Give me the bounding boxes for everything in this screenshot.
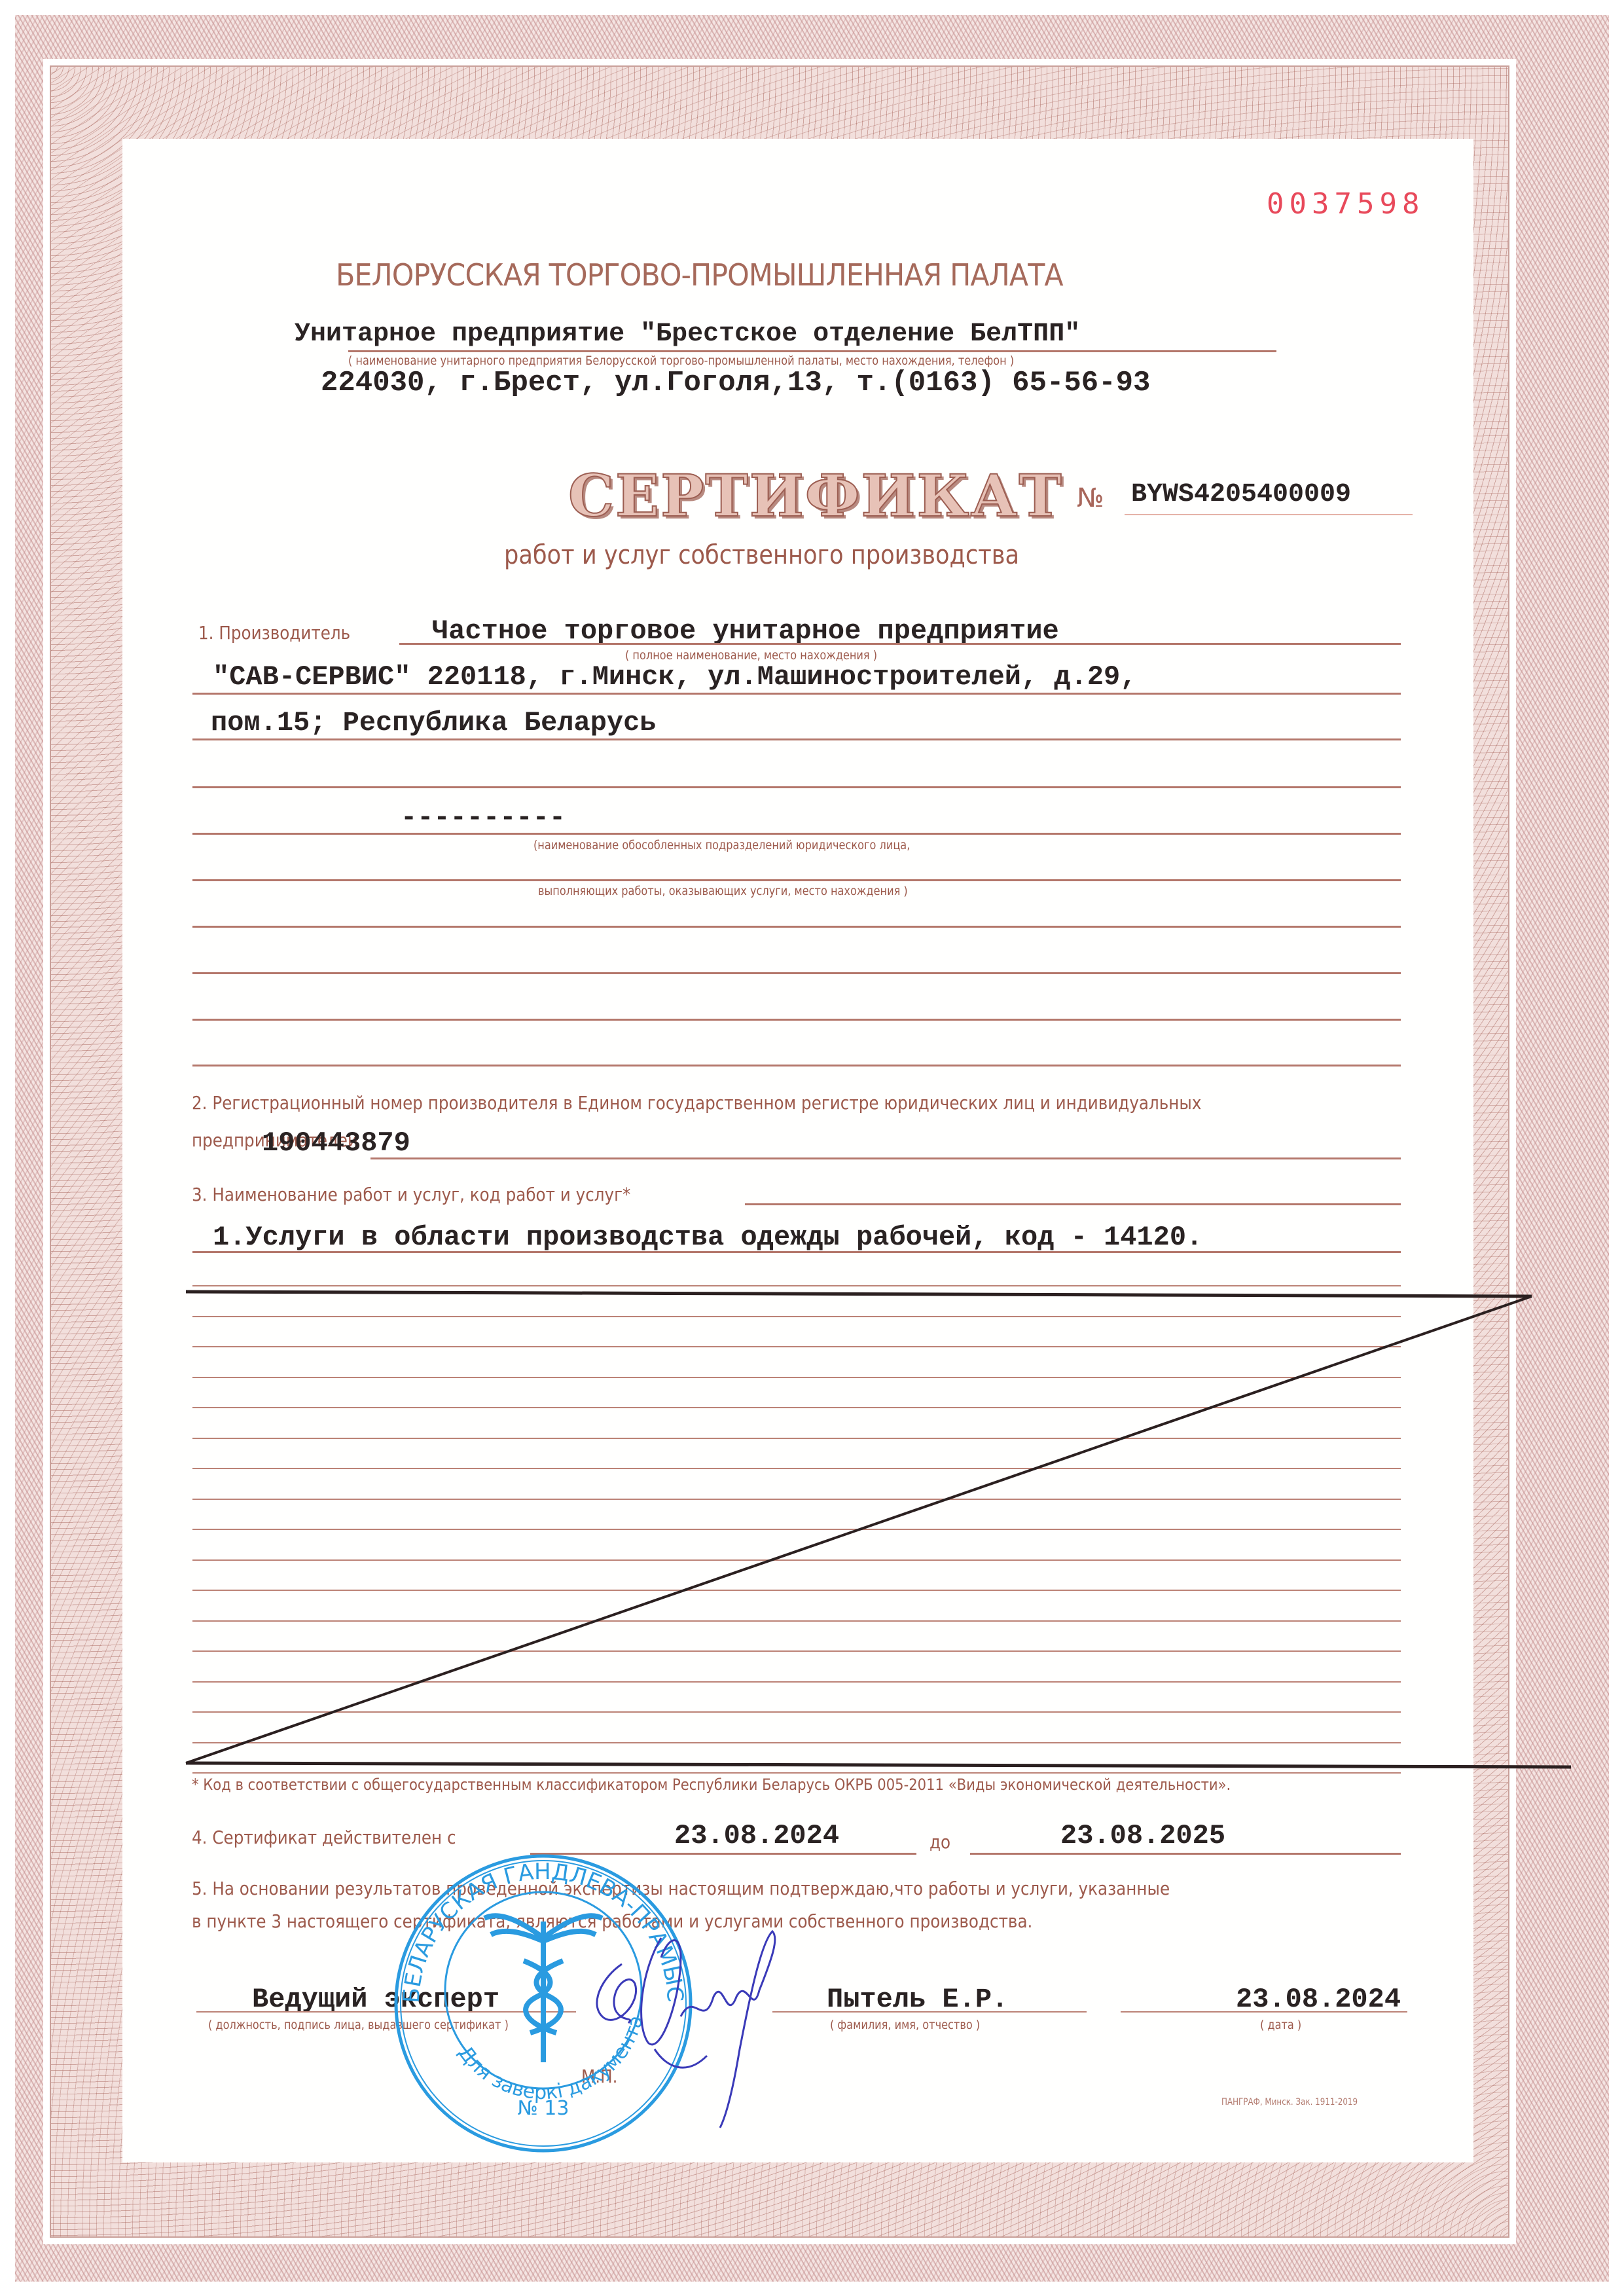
signer-name-caption: ( фамилия, имя, отчество ) (830, 2018, 980, 2032)
handwritten-signature (563, 1918, 838, 2134)
signer-name: Пытель Е.Р. (827, 1984, 1008, 2015)
valid-to-label: до (929, 1831, 950, 1853)
svg-text:№ 13: № 13 (518, 2097, 569, 2120)
signature-date: 23.08.2024 (1236, 1984, 1401, 2015)
signature-date-caption: ( дата ) (1260, 2018, 1301, 2032)
footnote: * Код в соответствии с общегосударственн… (192, 1776, 1231, 1794)
printer-imprint: ПАНГРАФ, Минск. Зак. 1911-2019 (1221, 2097, 1358, 2107)
item4-label: 4. Сертификат действителен с (192, 1827, 456, 1848)
valid-to: 23.08.2025 (1060, 1820, 1225, 1851)
rule (1121, 2011, 1407, 2013)
rule (970, 1853, 1401, 1855)
